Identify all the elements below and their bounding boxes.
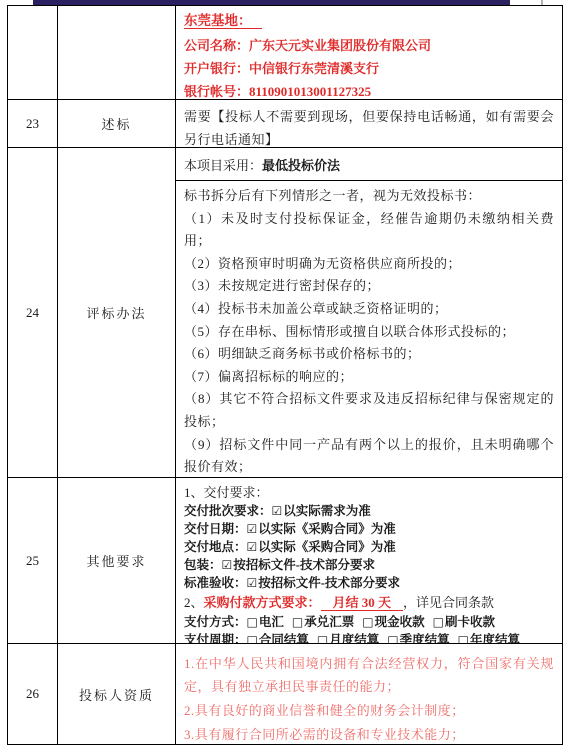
invalid-bid-item: （1）未及时支付投标保证金，经催告逾期仍未缴纳相关费用；	[184, 208, 554, 253]
checkbox-unchecked-icon: □	[292, 615, 303, 629]
row-category-cell-empty	[58, 6, 176, 99]
table-row-bank-info: 东莞基地： 公司名称：广东天元实业集团股份有限公司 开户银行：中信银行东莞清溪支…	[8, 6, 562, 100]
bank-name-label: 开户银行：	[184, 61, 249, 76]
table-row-26: 26 投标人资质 1.在中华人民共和国境内拥有合法经营权力，符合国家有关规定，具…	[8, 644, 562, 744]
invalid-bid-item: （7）偏离招标标的响应的；	[184, 366, 554, 389]
bidding-info-table: 东莞基地： 公司名称：广东天元实业集团股份有限公司 开户银行：中信银行东莞清溪支…	[7, 5, 563, 745]
payment-method-option: 电汇	[259, 615, 284, 629]
payment-method-line: 支付方式：□电汇□承兑汇票□现金收款□刷卡收款	[184, 613, 554, 631]
presentation-requirement-text: 需要【投标人不需要到现场，但要保持电话畅通，如有需要会另行电话通知】	[176, 100, 562, 147]
payment-method-option: 刷卡收款	[445, 615, 495, 629]
invalid-bid-item: （5）存在串标、围标情形或擅自以联合体形式投标的；	[184, 321, 554, 344]
bank-region-title: 东莞基地：	[184, 13, 262, 29]
delivery-place-text: 以实际《采购合同》为准	[258, 540, 396, 554]
row-number: 25	[26, 553, 39, 569]
row-content-cell: 1、交付要求： 交付批次要求：☑以实际需求为准 交付日期：☑以实际《采购合同》为…	[176, 478, 562, 643]
checkbox-checked-icon: ☑	[272, 504, 283, 518]
acceptance-standard-line: 标准验收：☑按招标文件-技术部分要求	[184, 574, 554, 592]
invalid-bid-conditions-subcell: 标书拆分后有下列情形之一者，视为无效投标书： （1）未及时支付投标保证金，经催告…	[176, 181, 562, 477]
row-number: 23	[26, 116, 39, 132]
row-category-cell: 其他要求	[58, 478, 176, 643]
checkbox-checked-icon: ☑	[247, 522, 258, 536]
acceptance-standard-label: 标准验收：	[184, 576, 247, 590]
checkbox-unchecked-icon: □	[458, 633, 469, 643]
row-category-cell: 评标办法	[58, 148, 176, 477]
table-row-25: 25 其他要求 1、交付要求： 交付批次要求：☑以实际需求为准 交付日期：☑以实…	[8, 478, 562, 644]
row-number-cell: 25	[8, 478, 58, 643]
row-category: 评标办法	[86, 303, 146, 322]
row-number-cell: 24	[8, 148, 58, 477]
row-number-cell: 23	[8, 100, 58, 147]
acceptance-standard-text: 按招标文件-技术部分要求	[258, 576, 400, 590]
checkbox-unchecked-icon: □	[387, 633, 398, 643]
packaging-text: 按招标文件-技术部分要求	[233, 558, 375, 572]
payment-method-option: 现金收款	[375, 615, 425, 629]
payment-cycle-option: 年度结算	[470, 633, 520, 643]
row-number: 24	[26, 305, 39, 321]
row-category: 其他要求	[86, 551, 146, 570]
bank-name-value: 中信银行东莞清溪支行	[249, 61, 379, 76]
delivery-date-label: 交付日期：	[184, 522, 247, 536]
payment-terms-label: 采购付款方式要求：	[204, 595, 321, 610]
evaluation-method-label: 本项目采用：	[184, 158, 262, 173]
delivery-batch-text: 以实际需求为准	[283, 504, 371, 518]
bidder-qualification-item: 1.在中华人民共和国境内拥有合法经营权力，符合国家有关规定，具有独立承担民事责任…	[184, 652, 554, 698]
row-content-cell: 1.在中华人民共和国境内拥有合法经营权力，符合国家有关规定，具有独立承担民事责任…	[176, 644, 562, 744]
row-content-cell: 需要【投标人不需要到现场，但要保持电话畅通，如有需要会另行电话通知】	[176, 100, 562, 147]
delivery-date-line: 交付日期：☑以实际《采购合同》为准	[184, 520, 554, 538]
checkbox-unchecked-icon: □	[433, 615, 444, 629]
payment-terms-number: 2、	[184, 595, 204, 610]
invalid-bid-header: 标书拆分后有下列情形之一者，视为无效投标书：	[184, 185, 554, 208]
payment-terms-line: 2、采购付款方式要求：月结 30 天，详见合同条款	[184, 592, 554, 613]
payment-terms-suffix: ，详见合同条款	[403, 595, 494, 610]
checkbox-unchecked-icon: □	[317, 633, 328, 643]
delivery-date-text: 以实际《采购合同》为准	[258, 522, 396, 536]
payment-cycle-option: 月度结算	[329, 633, 379, 643]
company-name-label: 公司名称：	[184, 38, 249, 53]
checkbox-unchecked-icon: □	[362, 615, 373, 629]
delivery-place-label: 交付地点：	[184, 540, 247, 554]
payment-cycle-label: 支付周期：	[184, 633, 247, 643]
row-category-cell: 投标人资质	[58, 644, 176, 744]
payment-cycle-option: 季度结算	[400, 633, 450, 643]
row-category-cell: 述标	[58, 100, 176, 147]
delivery-place-line: 交付地点：☑以实际《采购合同》为准	[184, 538, 554, 556]
bank-account-value: 8110901013001127325	[249, 84, 371, 99]
bidder-qualification-item: 2.具有良好的商业信誉和健全的财务会计制度；	[184, 699, 554, 722]
row-content-cell: 本项目采用：最低投标价法 标书拆分后有下列情形之一者，视为无效投标书： （1）未…	[176, 148, 562, 477]
delivery-requirements-title: 1、交付要求：	[184, 483, 554, 502]
checkbox-checked-icon: ☑	[247, 540, 258, 554]
invalid-bid-item: （6）明细缺乏商务标书或价格标书的；	[184, 343, 554, 366]
packaging-line: 包装：☑按招标文件-技术部分要求	[184, 556, 554, 574]
document-page: 东莞基地： 公司名称：广东天元实业集团股份有限公司 开户银行：中信银行东莞清溪支…	[0, 0, 564, 748]
bank-info-cell: 东莞基地： 公司名称：广东天元实业集团股份有限公司 开户银行：中信银行东莞清溪支…	[176, 6, 562, 99]
table-row-24: 24 评标办法 本项目采用：最低投标价法 标书拆分后有下列情形之一者，视为无效投…	[8, 148, 562, 478]
bank-account-label: 银行帐号：	[184, 84, 249, 99]
row-number-cell: 26	[8, 644, 58, 744]
checkbox-unchecked-icon: □	[247, 633, 258, 643]
bidder-qualification-item: 3.具有履行合同所必需的设备和专业技术能力；	[184, 723, 554, 744]
payment-method-label: 支付方式：	[184, 615, 247, 629]
invalid-bid-item: （2）资格预审时明确为无资格供应商所投的；	[184, 253, 554, 276]
row-number: 26	[26, 686, 39, 702]
invalid-bid-item: （3）未按规定进行密封保存的；	[184, 275, 554, 298]
table-row-23: 23 述标 需要【投标人不需要到现场，但要保持电话畅通，如有需要会另行电话通知】	[8, 100, 562, 148]
invalid-bid-item: （9）招标文件中同一产品有两个以上的报价，且未明确哪个报价有效；	[184, 434, 554, 477]
payment-cycle-line: 支付周期：□合同结算□月度结算□季度结算□年度结算	[184, 631, 554, 643]
row-category: 述标	[101, 114, 131, 133]
checkbox-checked-icon: ☑	[247, 576, 258, 590]
checkbox-unchecked-icon: □	[247, 615, 258, 629]
payment-cycle-option: 合同结算	[259, 633, 309, 643]
evaluation-method-value: 最低投标价法	[262, 158, 340, 173]
payment-terms-value: 月结 30 天	[321, 595, 404, 611]
delivery-batch-line: 交付批次要求：☑以实际需求为准	[184, 502, 554, 520]
evaluation-method-subcell: 本项目采用：最低投标价法	[176, 148, 562, 181]
row-category: 投标人资质	[79, 685, 154, 704]
row-number-cell-empty	[8, 6, 58, 99]
company-name-value: 广东天元实业集团股份有限公司	[249, 38, 431, 53]
invalid-bid-item: （8）其它不符合招标文件要求及违反招标纪律与保密规定的投标；	[184, 388, 554, 433]
payment-method-option: 承兑汇票	[304, 615, 354, 629]
packaging-label: 包装：	[184, 558, 222, 572]
invalid-bid-item: （4）投标书未加盖公章或缺乏资格证明的；	[184, 298, 554, 321]
checkbox-checked-icon: ☑	[222, 558, 233, 572]
delivery-batch-label: 交付批次要求：	[184, 504, 272, 518]
